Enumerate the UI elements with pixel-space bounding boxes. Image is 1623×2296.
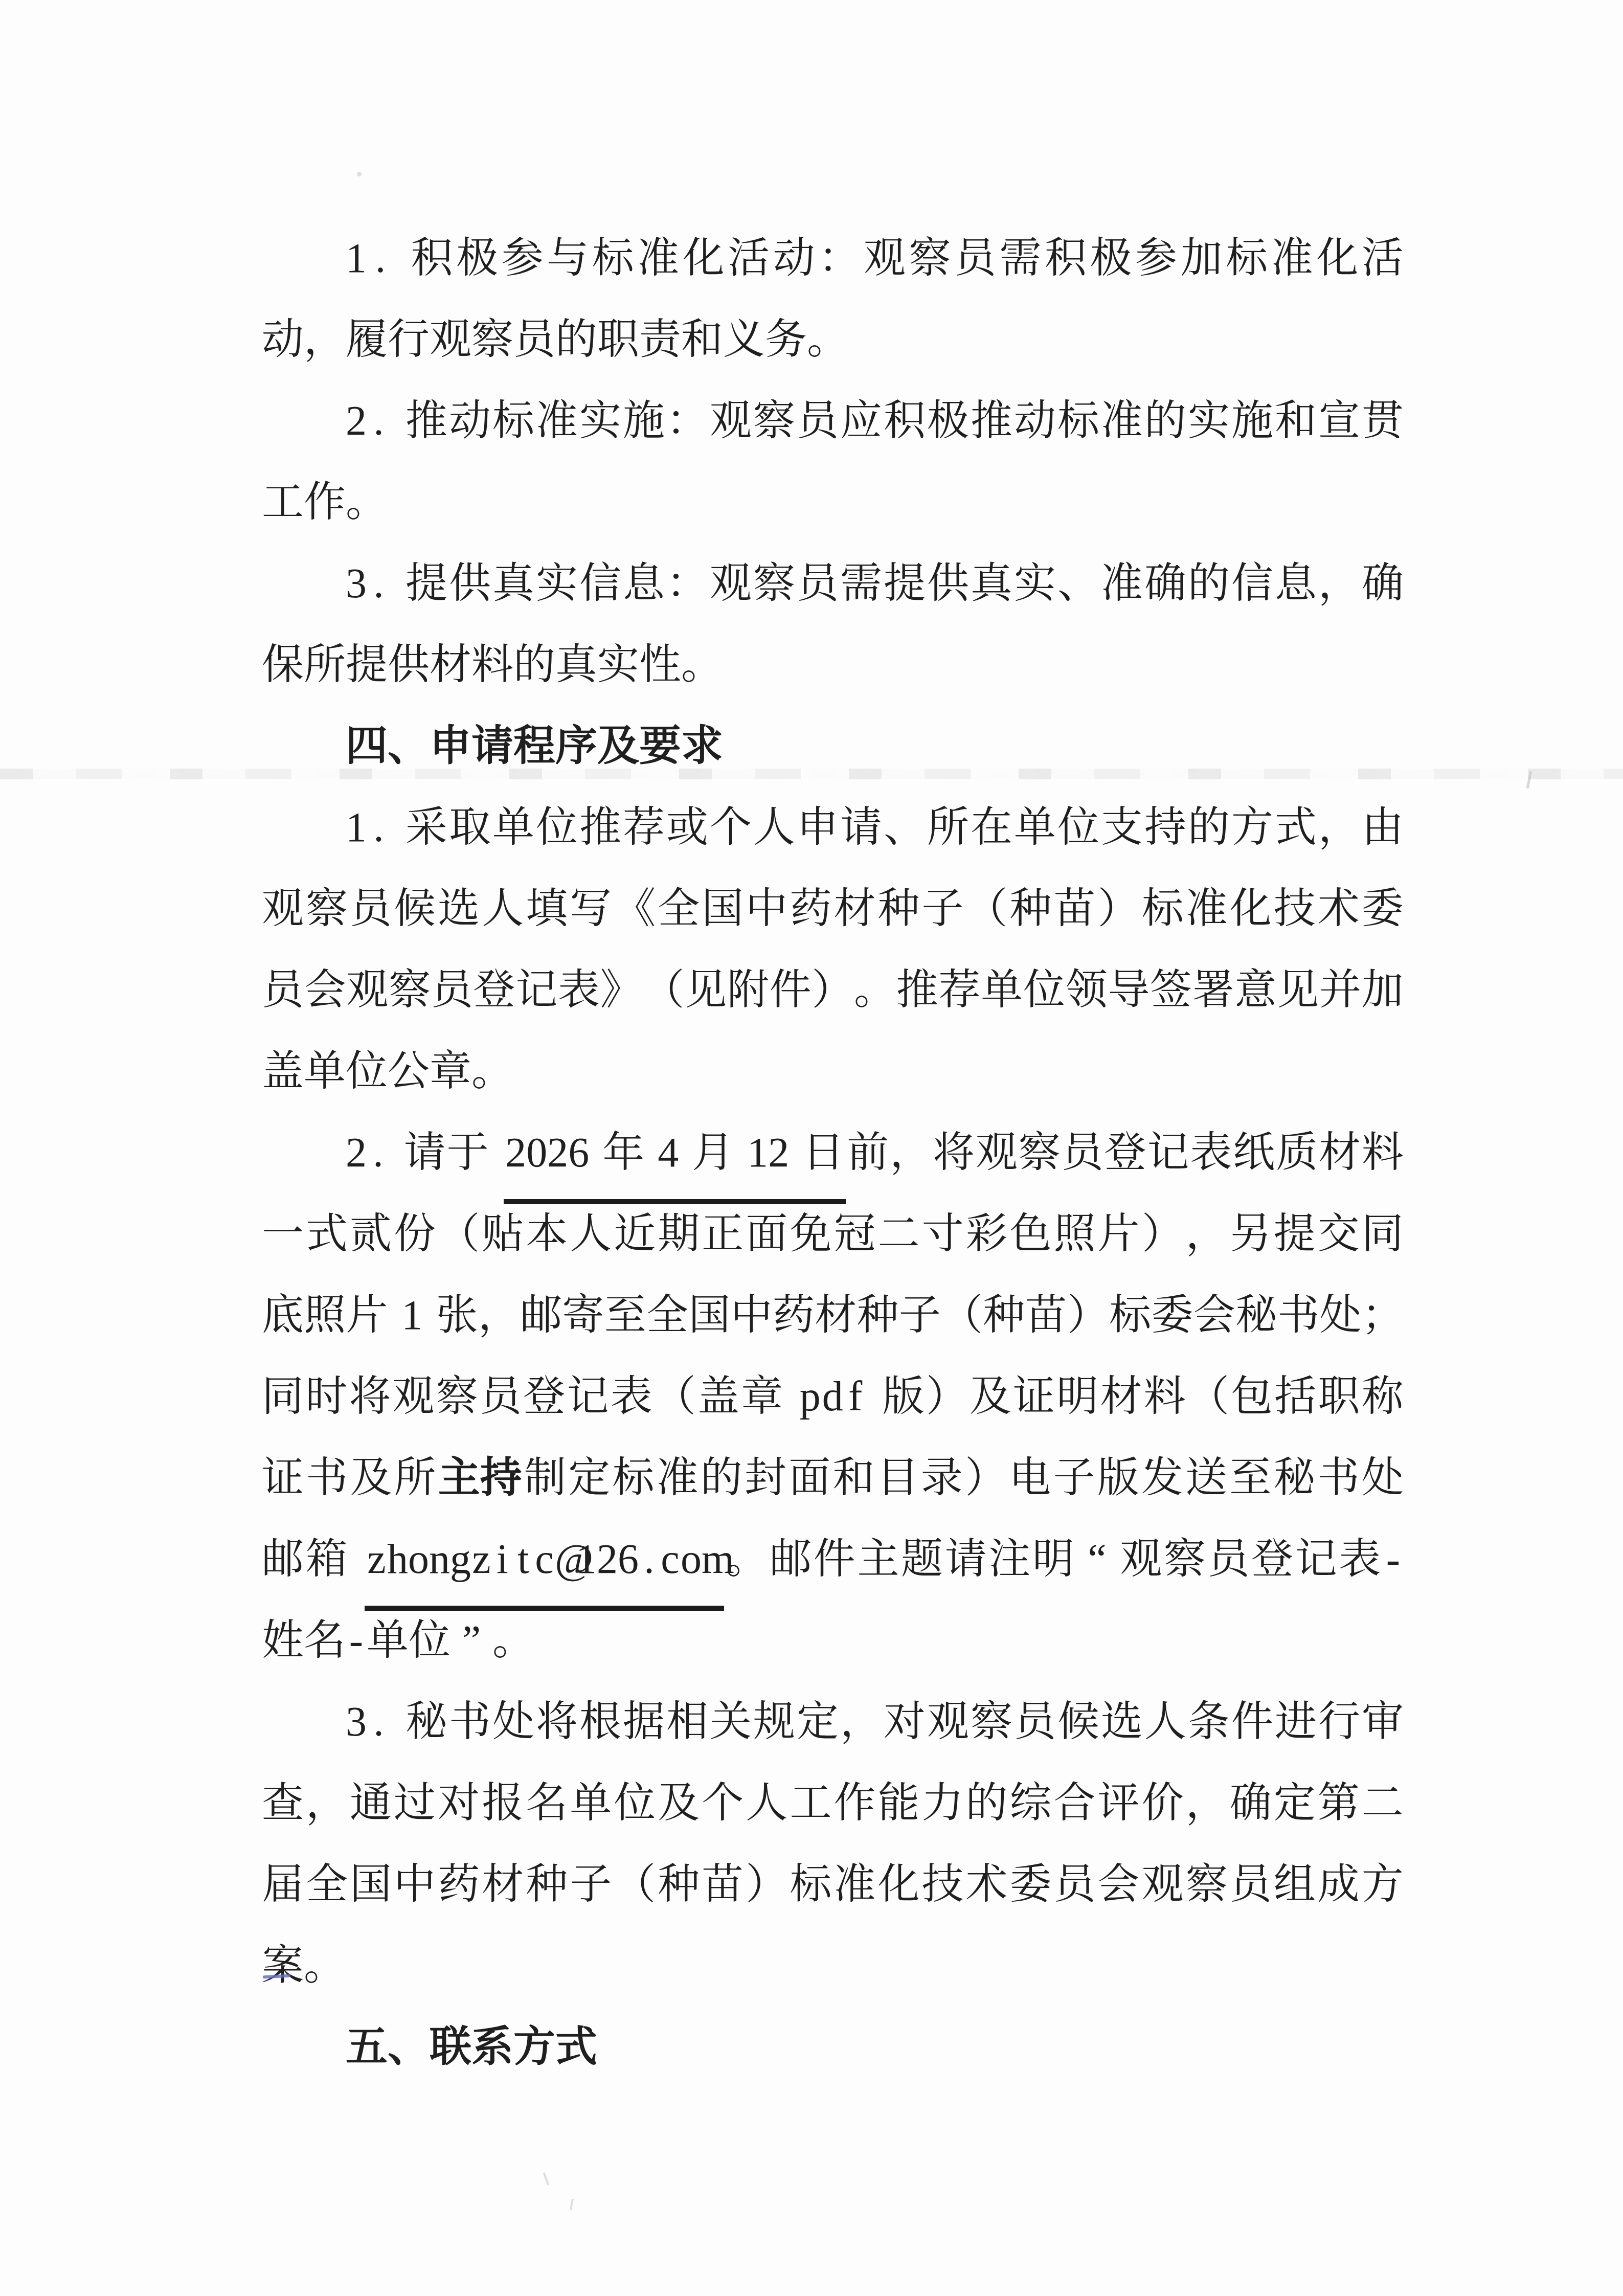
text-line: 证书及所主持制定标准的封面和目录）电子版发送至秘书处 <box>262 1437 1404 1518</box>
text-line: 动，履行观察员的职责和义务。 <box>262 299 1404 380</box>
text-line: 员会观察员登记表》（见附件）。推荐单位领导签署意见并加 <box>262 949 1404 1030</box>
text-line: 2. 请于 2026 年 4 月 12 日前，将观察员登记表纸质材料 <box>262 1112 1404 1193</box>
text-line: 工作。 <box>262 461 1404 543</box>
text-line: 观察员候选人填写《全国中药材种子（种苗）标准化技术委 <box>262 868 1404 949</box>
scan-speck <box>570 2199 574 2210</box>
text-line: 盖单位公章。 <box>262 1030 1404 1112</box>
text-line: 1. 积极参与标准化活动：观察员需积极参加标准化活 <box>262 217 1404 299</box>
text-line: 底照片 1 张，邮寄至全国中药材种子（种苗）标委会秘书处； <box>262 1274 1404 1356</box>
text-line: 查，通过对报名单位及个人工作能力的综合评价，确定第二 <box>262 1762 1404 1843</box>
text-line: 3. 提供真实信息：观察员需提供真实、准确的信息，确 <box>262 543 1404 624</box>
text-line: 同时将观察员登记表（盖章 pdf 版）及证明材料（包括职称 <box>262 1356 1404 1437</box>
text-line: 邮箱 zhongzitc@126.com。邮件主题请注明“观察员登记表- <box>262 1518 1404 1600</box>
text-line: 姓名-单位”。 <box>262 1600 1404 1681</box>
text-line: 2. 推动标准实施：观察员应积极推动标准的实施和宣贯 <box>262 380 1404 461</box>
text-line: 3. 秘书处将根据相关规定，对观察员候选人条件进行审 <box>262 1681 1404 1762</box>
email-address: zhongzitc@126.com <box>365 1518 724 1611</box>
scan-speck <box>357 172 362 176</box>
scan-speck <box>543 2172 550 2186</box>
deadline-date: 2026 年 4 月 12 日 <box>504 1112 846 1204</box>
section-heading: 五、联系方式 <box>262 2006 1404 2087</box>
text-line: 一式贰份（贴本人近期正面免冠二寸彩色照片），另提交同 <box>262 1193 1404 1274</box>
scan-band-artifact <box>0 769 1623 779</box>
text-line: 届全国中药材种子（种苗）标准化技术委员会观察员组成方 <box>262 1843 1404 1925</box>
emphasis-bold: 主持 <box>438 1437 522 1518</box>
text-line: 案。 <box>262 1925 1404 2006</box>
text-line: 1. 采取单位推荐或个人申请、所在单位支持的方式，由 <box>262 786 1404 868</box>
text-line: 保所提供材料的真实性。 <box>262 624 1404 705</box>
document-page: 1. 积极参与标准化活动：观察员需积极参加标准化活动，履行观察员的职责和义务。2… <box>262 217 1404 2087</box>
